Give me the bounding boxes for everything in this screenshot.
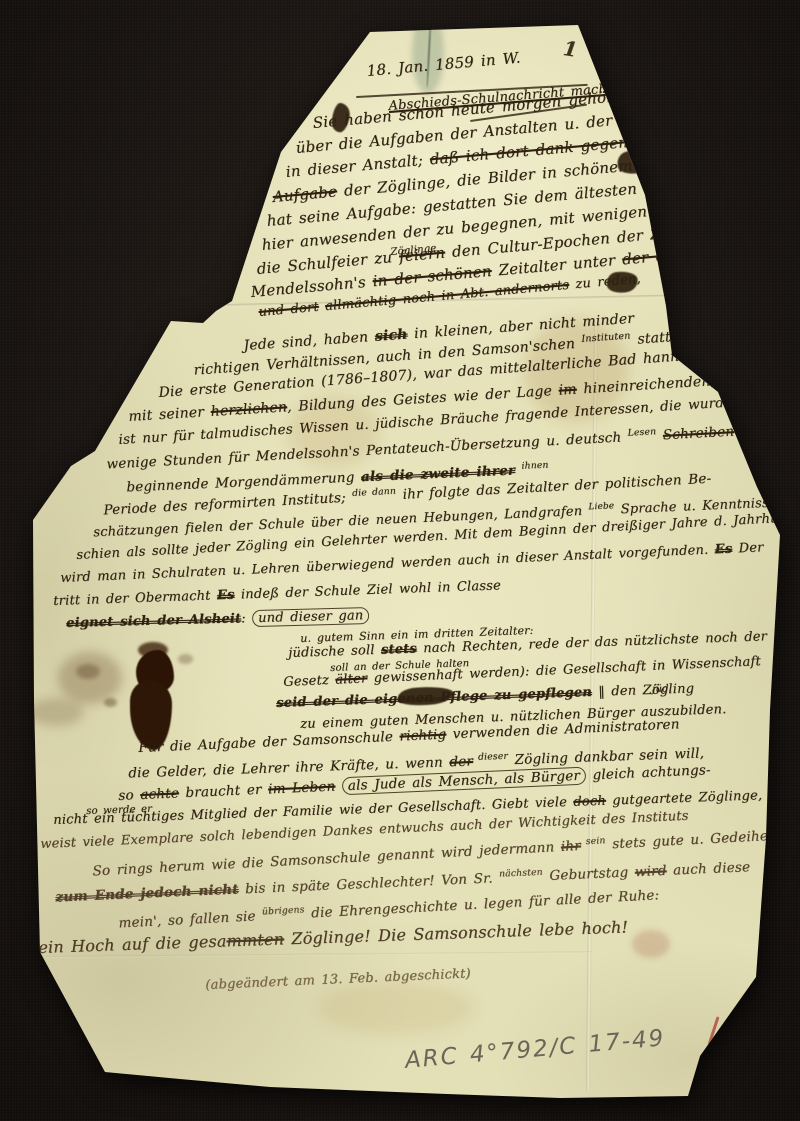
manuscript-line: eignet sich der Alsheit: und dieser gan xyxy=(66,608,370,631)
archive-reference: ARC 4°792/C 17-49 xyxy=(404,1025,666,1074)
photo-background: 1 18. Jan. 1859 in W. Abschieds-Schulnac… xyxy=(0,0,800,1121)
ink-smudge xyxy=(28,698,84,726)
date-line: 18. Jan. 1859 in W. xyxy=(366,49,521,80)
stain xyxy=(632,930,670,958)
red-pen-mark xyxy=(707,1016,719,1045)
paper-crack xyxy=(426,16,432,88)
closing-note: (abgeändert am 13. Feb. abgeschickt) xyxy=(205,966,471,993)
page-number: 1 xyxy=(562,36,579,62)
manuscript-page: 1 18. Jan. 1859 in W. Abschieds-Schulnac… xyxy=(0,0,800,1121)
stain xyxy=(318,982,473,1034)
glue-stain xyxy=(412,12,444,94)
paper-shadow-wrap: 1 18. Jan. 1859 in W. Abschieds-Schulnac… xyxy=(0,0,800,1121)
